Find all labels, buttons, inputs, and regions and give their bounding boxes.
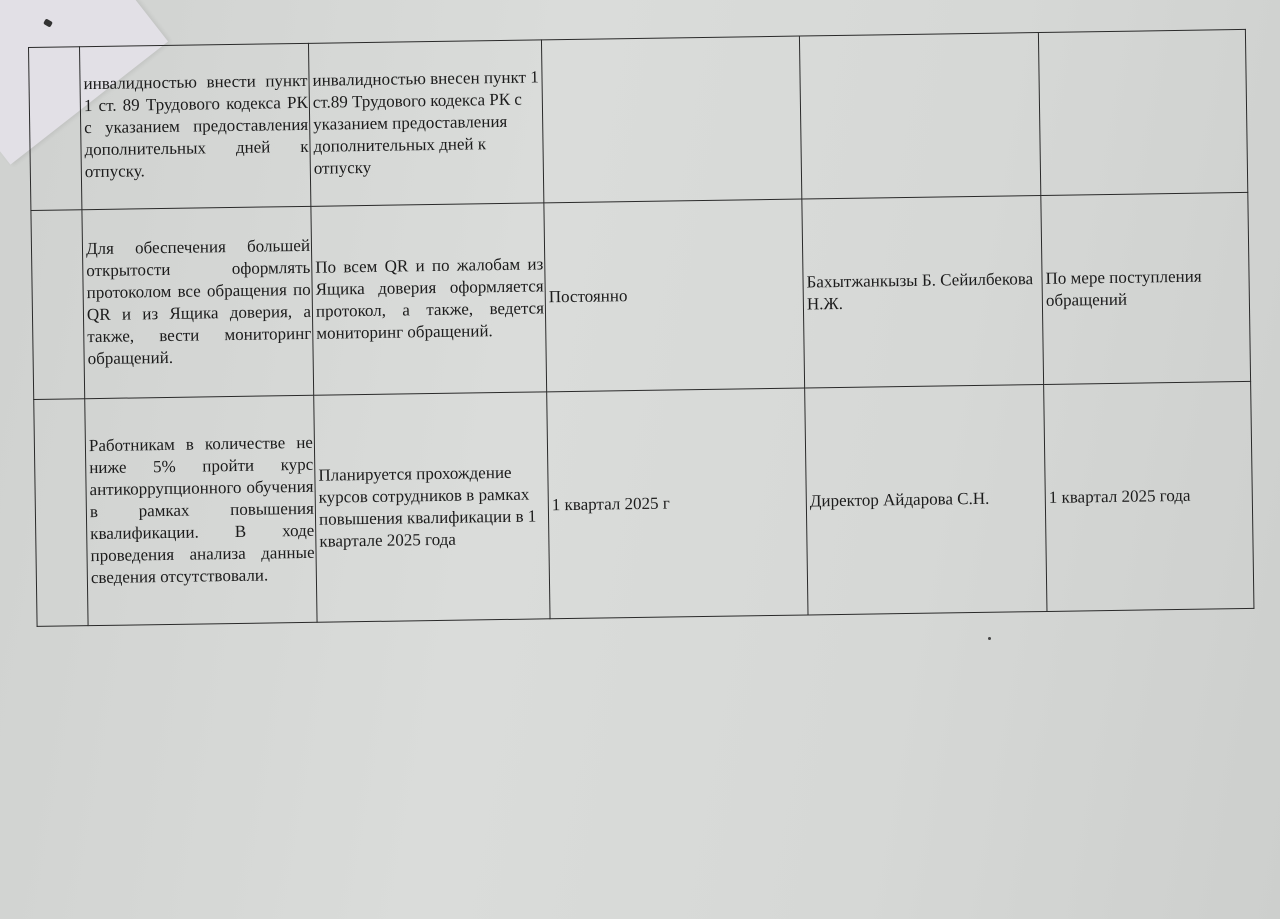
period-cell: По мере поступления обращений (1041, 192, 1251, 384)
responsible-cell: Бахытжанкызы Б. Сейилбекова Н.Ж. (802, 195, 1044, 388)
table-row: инвалидностью внести пункт 1 ст. 89 Труд… (29, 29, 1248, 210)
measure-cell: инвалидностью внести пункт 1 ст. 89 Труд… (80, 43, 311, 209)
measure-cell: Для обеспечения большей открытости оформ… (82, 206, 314, 398)
done-cell: инвалидностью внесен пункт 1 ст.89 Трудо… (308, 40, 543, 206)
responsible-cell (799, 33, 1040, 200)
done-cell: Планируется прохождение курсов сотрудник… (314, 392, 550, 622)
paper-speck (988, 637, 991, 640)
deadline-cell: Постоянно (544, 199, 805, 392)
row-number-cell (31, 210, 85, 400)
action-plan-table: инвалидностью внести пункт 1 ст. 89 Труд… (28, 29, 1254, 627)
deadline-cell: 1 квартал 2025 г (547, 388, 808, 619)
row-number-cell (29, 47, 82, 211)
document-table-container: инвалидностью внести пункт 1 ст. 89 Труд… (28, 29, 1254, 627)
period-cell (1038, 29, 1247, 195)
period-cell: 1 квартал 2025 года (1044, 381, 1254, 611)
photo-background: инвалидностью внести пункт 1 ст. 89 Труд… (0, 0, 1280, 919)
responsible-cell: Директор Айдарова С.Н. (805, 384, 1047, 615)
table-row: Для обеспечения большей открытости оформ… (31, 192, 1251, 399)
measure-cell: Работникам в количестве не ниже 5% пройт… (85, 395, 317, 625)
done-cell: По всем QR и по жалобам из Ящика доверия… (311, 203, 547, 395)
deadline-cell (541, 36, 801, 203)
row-number-cell (34, 399, 88, 627)
table-row: Работникам в количестве не ниже 5% пройт… (34, 381, 1254, 626)
